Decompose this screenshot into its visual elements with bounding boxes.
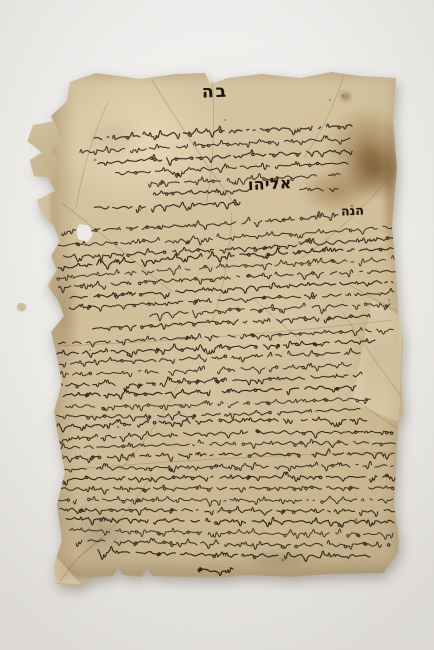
handwriting-line — [60, 506, 395, 516]
handwriting-line — [60, 430, 393, 444]
handwriting-line — [56, 449, 394, 463]
ink-speck — [60, 454, 64, 458]
handwriting-line — [59, 439, 395, 449]
handwriting-line — [150, 303, 390, 321]
crease-line — [62, 203, 172, 292]
handwriting-line — [93, 314, 370, 330]
smudge-bottom-center — [240, 548, 318, 570]
handwriting-line — [55, 472, 395, 485]
paper-edge-shading-right — [384, 80, 400, 560]
handwriting-line — [98, 150, 352, 165]
crease-line — [255, 300, 300, 340]
stain-upper-right-core — [345, 140, 405, 200]
handwriting-line — [58, 328, 393, 347]
crease-line — [58, 320, 392, 346]
handwriting-line — [61, 485, 394, 494]
crease-line — [60, 541, 98, 582]
handwriting-line — [66, 517, 394, 527]
paper-edge-shading-bottom — [60, 556, 400, 578]
ink-speck — [329, 99, 331, 101]
ink-speck — [117, 426, 120, 429]
paper-hole — [76, 224, 93, 242]
handwriting-line — [55, 417, 367, 432]
ink-speck — [354, 518, 358, 522]
paper-sheet: בה אליהו הנה — [0, 0, 434, 650]
ink-speck — [282, 559, 285, 562]
ink-speck — [342, 95, 344, 97]
crease-line — [212, 212, 232, 322]
handwriting-line — [60, 372, 362, 391]
handwriting-line — [76, 538, 390, 549]
smudge-middle — [210, 330, 332, 422]
emphasized-name-word: אליהו — [248, 176, 292, 193]
handwriting-line — [56, 496, 393, 506]
ink-speck — [94, 159, 97, 162]
manuscript-paper: בה אליהו הנה — [0, 0, 434, 650]
photograph-background: בה אליהו הנה — [0, 0, 434, 650]
stain-upper-right — [325, 105, 410, 200]
ink-speck — [224, 119, 226, 121]
spot-top-right — [338, 90, 353, 103]
fold-facet-bottom-left — [52, 552, 84, 586]
crease-line — [76, 102, 108, 208]
handwriting-line — [69, 528, 393, 539]
handwriting-line — [57, 408, 360, 421]
handwriting-line — [58, 362, 351, 377]
handwriting-line — [57, 226, 394, 246]
handwriting-line — [149, 173, 340, 187]
smudge-top-left — [80, 112, 152, 164]
smudge-bottom-left — [70, 505, 132, 561]
ink-speck — [89, 349, 91, 351]
crease-line — [346, 283, 400, 312]
paragraph-opening-word: הנה — [341, 204, 364, 218]
ink-speck — [388, 299, 390, 301]
handwriting-line — [57, 339, 376, 357]
ink-speck — [368, 238, 372, 242]
handwriting-line — [58, 247, 393, 271]
handwriting-line — [80, 136, 350, 155]
handwriting-line — [57, 256, 394, 281]
handwriting-line — [58, 461, 393, 474]
handwriting-line — [60, 349, 361, 368]
handwriting-line — [94, 200, 240, 213]
handwriting-line — [69, 288, 394, 311]
crease-line — [343, 313, 401, 396]
header-abbreviation: בה — [202, 84, 229, 102]
paper-edge-shading-top — [60, 70, 400, 84]
handwriting-line — [153, 189, 250, 195]
handwriting-line — [98, 547, 370, 562]
ink-speck — [298, 241, 302, 245]
stain-right-edge — [382, 115, 399, 270]
handwriting-line — [62, 212, 338, 236]
stain-left-band — [52, 250, 80, 372]
signature-flourish — [198, 568, 233, 576]
crease-line — [78, 474, 152, 558]
handwriting-line — [58, 270, 395, 293]
handwriting-line — [63, 386, 356, 399]
ink-speck — [139, 209, 142, 212]
crumple-highlight-right — [352, 300, 402, 422]
handwriting-line — [300, 188, 338, 192]
handwriting-line — [65, 398, 370, 411]
crease-line — [120, 380, 180, 470]
handwriting-line — [116, 162, 348, 178]
handwriting-line — [94, 124, 352, 140]
crease-line — [304, 75, 344, 158]
crease-line — [64, 452, 392, 470]
handwriting-line — [66, 281, 393, 299]
crease-line — [353, 398, 399, 429]
crease-shadow-right — [355, 300, 397, 412]
handwriting-line — [63, 237, 395, 262]
